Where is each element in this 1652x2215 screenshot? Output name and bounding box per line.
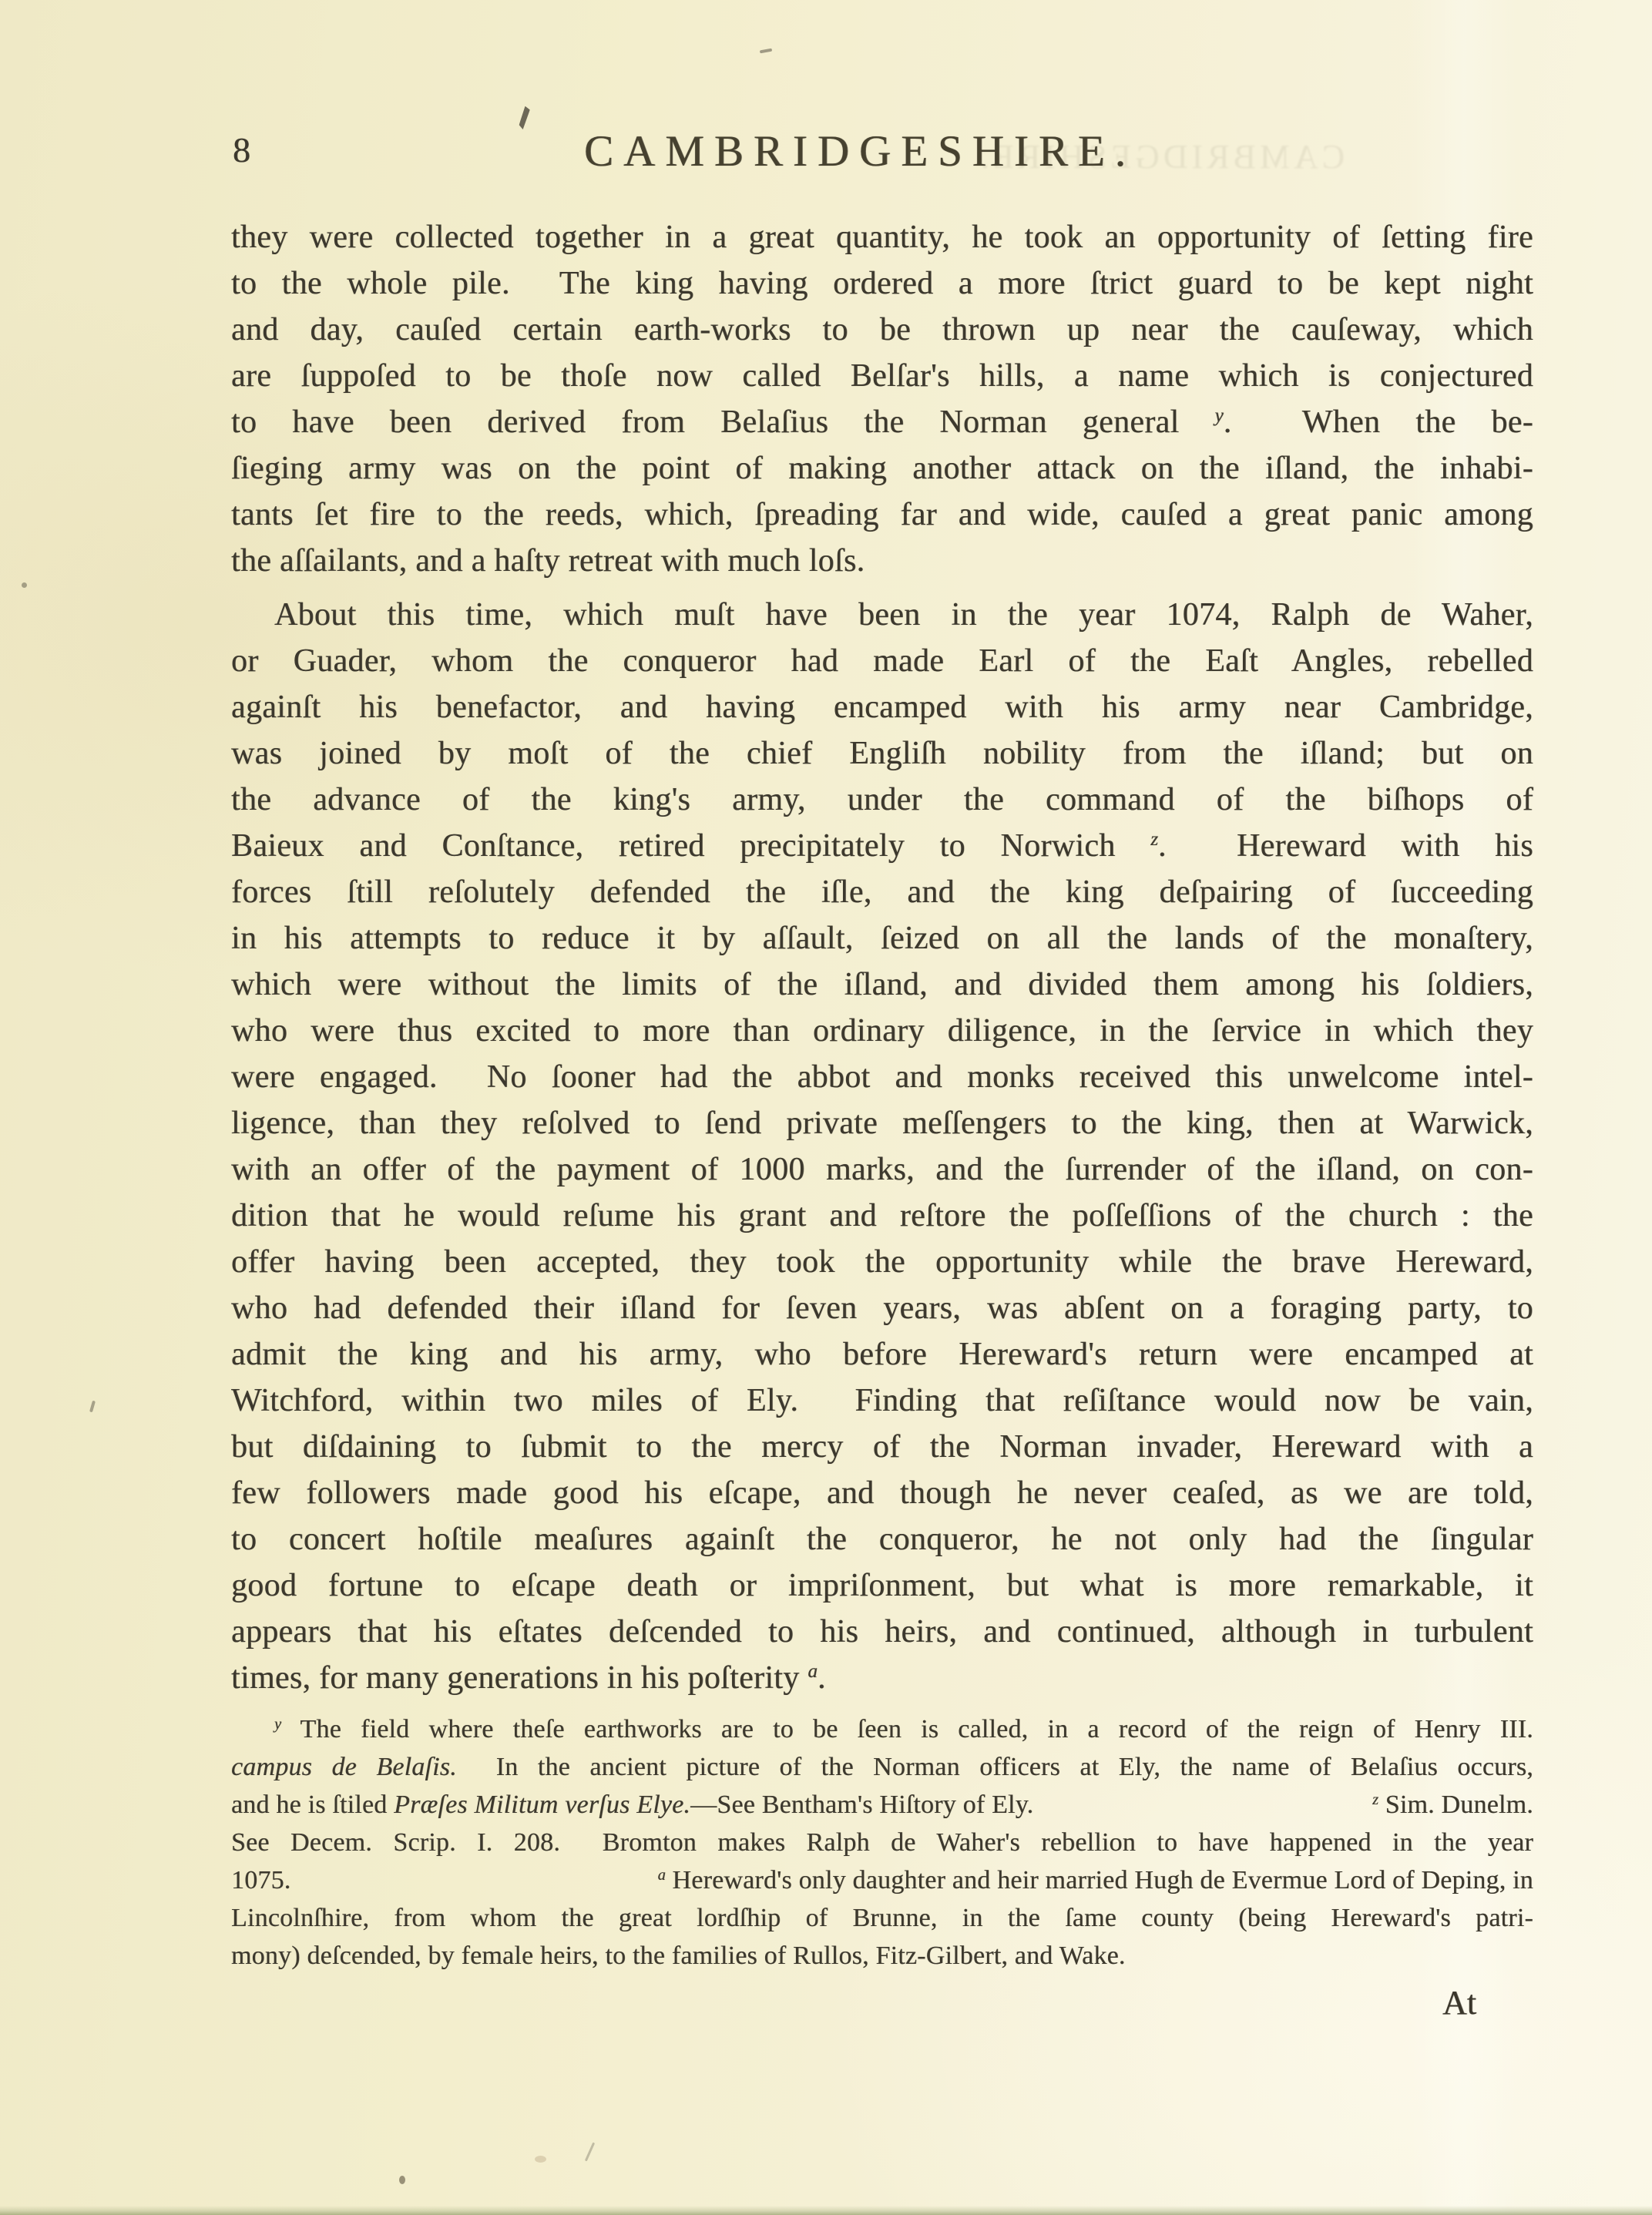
- paper-speck: [585, 2143, 595, 2162]
- paper-speck: [399, 2176, 405, 2184]
- text-line: who had defended their iſland for ſeven …: [231, 1285, 1533, 1331]
- paragraph-1: they were collected together in a great …: [231, 214, 1533, 584]
- paper-speck: [535, 2156, 546, 2163]
- text-line: are ſuppoſed to be thoſe now called Belſ…: [231, 353, 1533, 399]
- text-line: Lincolnſhire, from whom the great lordſh…: [231, 1899, 1533, 1937]
- text-line: ligence, than they reſolved to ſend priv…: [231, 1100, 1533, 1146]
- book-page: CAMBRIDGESHIRE. 8 CAMBRIDGESHIRE. they w…: [0, 0, 1652, 2215]
- text-line: and day, cauſed certain earth-works to b…: [231, 307, 1533, 353]
- text-line: Witchford, within two miles of Ely. Find…: [231, 1378, 1533, 1424]
- text-line: to concert hoſtile meaſures againſt the …: [231, 1516, 1533, 1562]
- page-number: 8: [233, 129, 250, 170]
- text-line: but diſdaining to ſubmit to the mercy of…: [231, 1424, 1533, 1470]
- paragraph-2: About this time, which muſt have been in…: [231, 592, 1533, 1701]
- page-bottom-edge: [0, 2206, 1652, 2215]
- text-segment: a Hereward's only daughter and heir marr…: [658, 1861, 1533, 1899]
- ink-mark: [519, 106, 531, 129]
- running-header: CAMBRIDGESHIRE.: [584, 126, 1136, 176]
- text-line: againſt his benefactor, and having encam…: [231, 684, 1533, 730]
- text-line: the advance of the king's army, under th…: [231, 777, 1533, 823]
- paper-speck: [22, 582, 27, 588]
- text-line: campus de Belaſis. In the ancient pictur…: [231, 1748, 1533, 1786]
- footnotes: y The field where theſe earthworks are t…: [231, 1710, 1533, 1975]
- text-line: few followers made good his eſcape, and …: [231, 1470, 1533, 1516]
- text-line: admit the king and his army, who before …: [231, 1331, 1533, 1378]
- text-line: times, for many generations in his poſte…: [231, 1655, 1533, 1701]
- text-line: who were thus excited to more than ordin…: [231, 1008, 1533, 1054]
- text-line: mony) deſcended, by female heirs, to the…: [231, 1937, 1533, 1975]
- text-line: 1075.a Hereward's only daughter and heir…: [231, 1861, 1533, 1899]
- text-line: y The field where theſe earthworks are t…: [231, 1710, 1533, 1748]
- text-segment: 1075.: [231, 1861, 291, 1899]
- ink-mark: [760, 49, 772, 54]
- text-segment: and he is ſtiled Præſes Militum verſus E…: [231, 1786, 1033, 1824]
- text-line: Baieux and Conſtance, retired precipitat…: [231, 823, 1533, 869]
- catchword: At: [1442, 1983, 1476, 2022]
- text-line: they were collected together in a great …: [231, 214, 1533, 260]
- text-line: About this time, which muſt have been in…: [231, 592, 1533, 638]
- text-line: offer having been accepted, they took th…: [231, 1239, 1533, 1285]
- text-line: was joined by moſt of the chief Engliſh …: [231, 730, 1533, 777]
- paper-speck: [89, 1401, 96, 1413]
- text-line: in his attempts to reduce it by aſſault,…: [231, 915, 1533, 962]
- text-line: forces ſtill reſolutely defended the iſl…: [231, 869, 1533, 915]
- text-line: were engaged. No ſooner had the abbot an…: [231, 1054, 1533, 1100]
- text-line: or Guader, whom the conqueror had made E…: [231, 638, 1533, 684]
- text-line: to have been derived from Belaſius the N…: [231, 399, 1533, 445]
- text-line: See Decem. Scrip. I. 208. Bromton makes …: [231, 1824, 1533, 1861]
- text-line: and he is ſtiled Præſes Militum verſus E…: [231, 1786, 1533, 1824]
- text-line: which were without the limits of the iſl…: [231, 962, 1533, 1008]
- text-line: tants ſet fire to the reeds, which, ſpre…: [231, 492, 1533, 538]
- text-line: to the whole pile. The king having order…: [231, 260, 1533, 307]
- text-line: ſieging army was on the point of making …: [231, 445, 1533, 492]
- text-line: good fortune to eſcape death or impriſon…: [231, 1562, 1533, 1609]
- text-line: the aſſailants, and a haſty retreat with…: [231, 538, 1533, 584]
- text-line: appears that his eſtates deſcended to hi…: [231, 1609, 1533, 1655]
- text-line: with an offer of the payment of 1000 mar…: [231, 1146, 1533, 1193]
- text-line: dition that he would reſume his grant an…: [231, 1193, 1533, 1239]
- text-segment: z Sim. Dunelm.: [1372, 1786, 1533, 1824]
